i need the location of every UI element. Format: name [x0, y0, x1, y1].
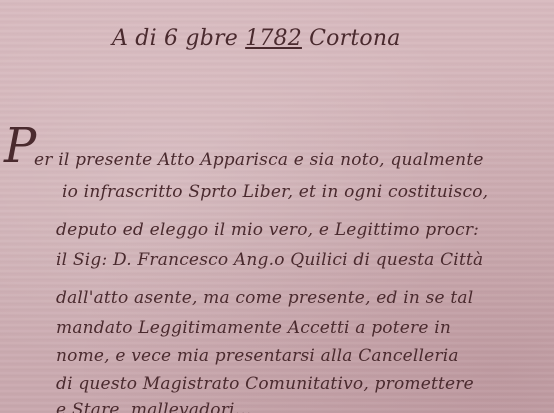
text-line-4: il Sig: D. Francesco Ang.o Quilici di qu… [56, 250, 483, 270]
date-year: 1782 [245, 26, 302, 51]
text-line-1: er il presente Atto Apparisca e sia noto… [34, 150, 484, 170]
text-line-7: nome, e vece mia presentarsi alla Cancel… [56, 346, 459, 366]
text-line-2: io infrascritto Sprto Liber, et in ogni … [62, 182, 488, 202]
manuscript-page: A di 6 gbre 1782 Cortona P er il present… [0, 0, 554, 413]
text-line-9: e Stare, mallevadori... [56, 400, 252, 413]
date-header: A di 6 gbre 1782 Cortona [112, 26, 401, 51]
initial-letter: P [4, 118, 36, 174]
date-day: 6 [164, 26, 178, 51]
text-line-5: dall'atto asente, ma come presente, ed i… [56, 288, 473, 308]
text-line-3: deputo ed eleggo il mio vero, e Legittim… [56, 220, 479, 240]
date-prefix: A di [112, 26, 157, 51]
text-line-6: mandato Leggitimamente Accetti a potere … [56, 318, 451, 338]
date-place: Cortona [309, 26, 400, 51]
text-line-8: di questo Magistrato Comunitativo, prome… [56, 374, 474, 394]
date-month: gbre [185, 26, 238, 51]
